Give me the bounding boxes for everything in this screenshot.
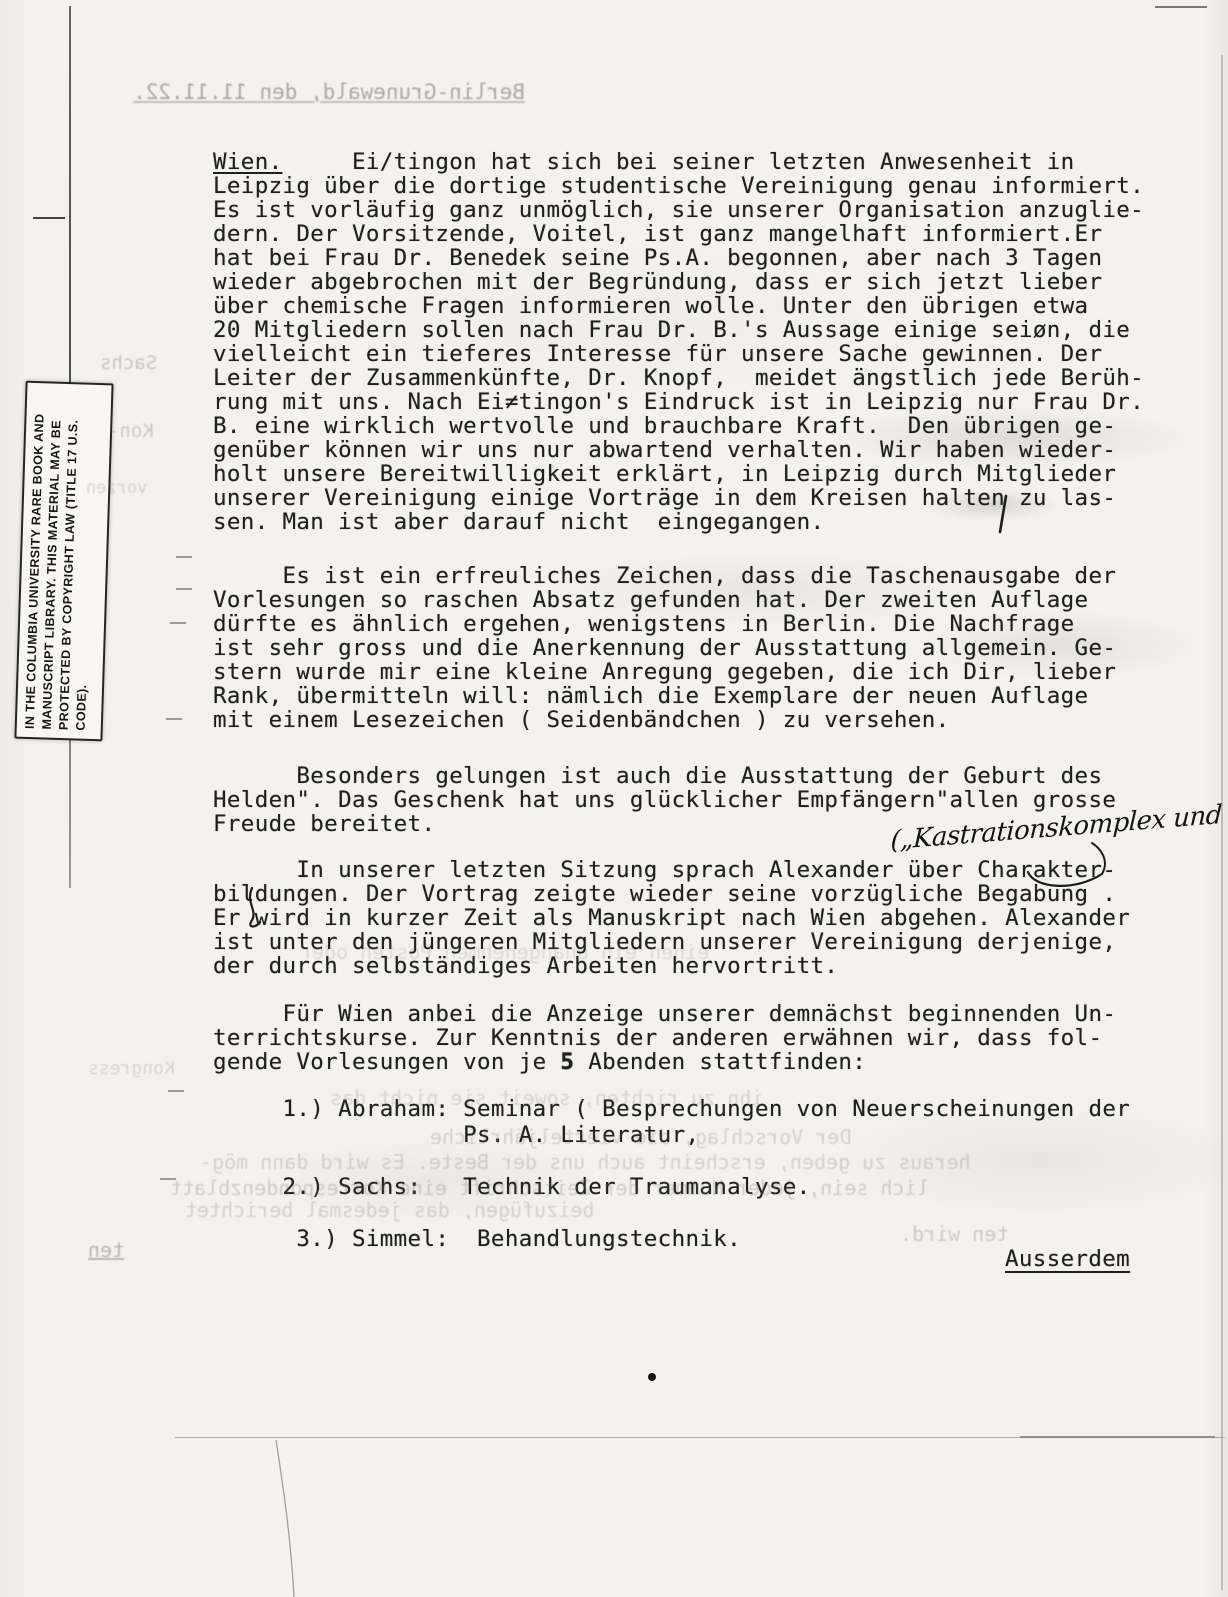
paragraph-wien-text: Ei/tingon hat sich bei seiner letzten An… xyxy=(213,149,1144,535)
bleedthrough-date: Berlin-Grunewald, den 11.11.22. xyxy=(90,80,525,104)
bleedthrough-fragment: Kon- xyxy=(108,420,154,442)
bleedthrough-fragment: ten wird. xyxy=(900,1222,1008,1246)
margin-dash-mark xyxy=(170,622,186,624)
bleedthrough-fragment: ten xyxy=(88,1238,124,1262)
margin-dash-mark xyxy=(33,217,65,219)
overstruck-number-5: 5 xyxy=(560,1049,574,1075)
crease-line-dark-segment xyxy=(1020,1436,1215,1438)
bleedthrough-fragment: beizufügen, das jedesmal berichtet xyxy=(185,1198,594,1222)
closing-word-ausserdem: Ausserdem xyxy=(1005,1247,1130,1271)
copyright-stamp-label: IN THE COLUMBIA UNIVERSITY RARE BOOK AND… xyxy=(14,381,113,742)
paragraph-wien-report: Wien. Ei/tingon hat sich bei seiner letz… xyxy=(213,150,1144,534)
paragraph-unterrichtskurse: Für Wien anbei die Anzeige unserer demnä… xyxy=(213,1002,1116,1074)
margin-dash-mark xyxy=(176,588,192,590)
bleedthrough-fragment: Kongress xyxy=(88,1058,175,1079)
wien-heading: Wien. xyxy=(213,149,282,175)
bleedthrough-fragment: einen ein unangenehmen Posten oder xyxy=(300,940,709,964)
bleedthrough-fragment: heraus zu geben, erscheint auch uns der … xyxy=(200,1150,971,1174)
bleedthrough-fragment: Sachs xyxy=(100,352,157,374)
copyright-stamp: IN THE COLUMBIA UNIVERSITY RARE BOOK AND… xyxy=(14,381,113,742)
margin-dash-mark xyxy=(176,556,192,558)
bleedthrough-fragment: ihn zu richten, soweit sie nicht das xyxy=(330,1086,763,1110)
bleedthrough-fragment: lich sein, jeder Nummer der Zeitschrift … xyxy=(170,1176,929,1200)
margin-dash-mark xyxy=(168,1090,184,1092)
bleedthrough-fragment: Der Vorschlag, die vierteljährliche xyxy=(430,1125,851,1149)
scan-tick-mark xyxy=(1155,6,1207,8)
margin-dash-mark xyxy=(166,718,182,720)
paragraph-unterrichtskurse-tail: Abenden stattfinden: xyxy=(574,1049,866,1075)
paragraph-taschenausgabe: Es ist ein erfreuliches Zeichen, dass di… xyxy=(213,564,1116,732)
bleedthrough-fragment: vorzen xyxy=(86,478,147,498)
ink-dot xyxy=(648,1373,656,1381)
scanned-letter-page: { "bleedthrough_date": "Berlin-Grunewald… xyxy=(0,0,1228,1597)
